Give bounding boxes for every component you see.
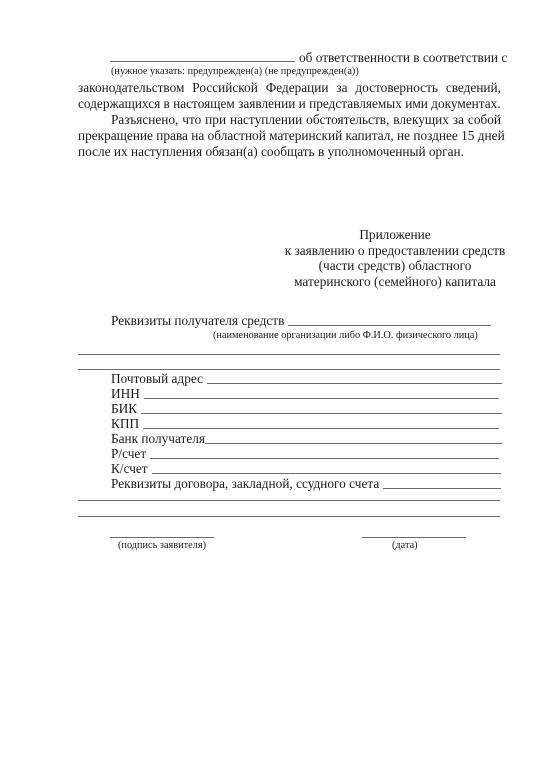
field-blank[interactable] <box>152 473 501 474</box>
signature-line[interactable] <box>110 537 214 538</box>
field-correspondent-account[interactable]: К/счет <box>111 461 501 477</box>
paragraph-2-line-1: Разъяснено, что при наступлении обстояте… <box>111 112 501 128</box>
recipient-extra-line-2[interactable] <box>78 369 500 370</box>
field-label: КПП <box>111 416 139 432</box>
field-postal-address[interactable]: Почтовый адрес <box>111 371 502 387</box>
paragraph-1-line-2: содержащихся в настоящем заявлении и пре… <box>78 96 501 112</box>
field-blank[interactable] <box>383 488 501 489</box>
contract-extra-line-2[interactable] <box>78 516 500 517</box>
responsibility-blank-line[interactable] <box>110 61 295 62</box>
field-label: Банк получателя <box>111 431 205 447</box>
field-label: ИНН <box>111 386 140 402</box>
field-label: Почтовый адрес <box>111 371 203 387</box>
paragraph-2-line-3: после их наступления обязан(а) сообщать … <box>78 144 501 160</box>
appendix-line-1: к заявлению о предоставлении средств <box>270 243 520 259</box>
contract-extra-line-1[interactable] <box>78 500 500 501</box>
field-blank[interactable] <box>143 428 499 429</box>
responsibility-tail-text: об ответственности в соответствии с <box>299 50 507 66</box>
field-label: БИК <box>111 401 137 417</box>
appendix-header: Приложение к заявлению о предоставлении … <box>270 227 520 289</box>
date-label: (дата) <box>392 540 418 552</box>
field-bik[interactable]: БИК <box>111 401 502 417</box>
field-recipient-bank[interactable]: Банк получателя <box>111 431 502 447</box>
paragraph-1-line-1: законодательством Российской Федерации з… <box>78 80 501 96</box>
appendix-title: Приложение <box>270 227 520 243</box>
field-blank[interactable] <box>205 443 502 444</box>
paragraph-2-line-2: прекращение права на областной материнск… <box>78 128 501 144</box>
appendix-line-3: материнского (семейного) капитала <box>270 274 520 290</box>
field-label: К/счет <box>111 461 148 477</box>
field-inn[interactable]: ИНН <box>111 386 499 402</box>
field-label: Р/счет <box>111 446 146 462</box>
field-settlement-account[interactable]: Р/счет <box>111 446 499 462</box>
field-blank[interactable] <box>207 383 502 384</box>
field-label: Реквизиты договора, закладной, ссудного … <box>111 476 379 492</box>
recipient-blank[interactable] <box>288 325 491 326</box>
recipient-extra-line-1[interactable] <box>78 354 500 355</box>
recipient-label: Реквизиты получателя средств <box>111 313 284 329</box>
field-contract-details[interactable]: Реквизиты договора, закладной, ссудного … <box>111 476 501 492</box>
field-kpp[interactable]: КПП <box>111 416 499 432</box>
recipient-hint: (наименование организации либо Ф.И.О. фи… <box>213 330 478 342</box>
field-blank[interactable] <box>144 398 499 399</box>
signature-label: (подпись заявителя) <box>118 540 206 552</box>
field-blank[interactable] <box>150 458 499 459</box>
appendix-line-2: (части средств) областного <box>270 258 520 274</box>
date-line[interactable] <box>362 537 466 538</box>
field-blank[interactable] <box>141 413 502 414</box>
responsibility-hint: (нужное указать: предупрежден(а) (не пре… <box>111 66 359 78</box>
recipient-field[interactable]: Реквизиты получателя средств <box>111 313 491 329</box>
